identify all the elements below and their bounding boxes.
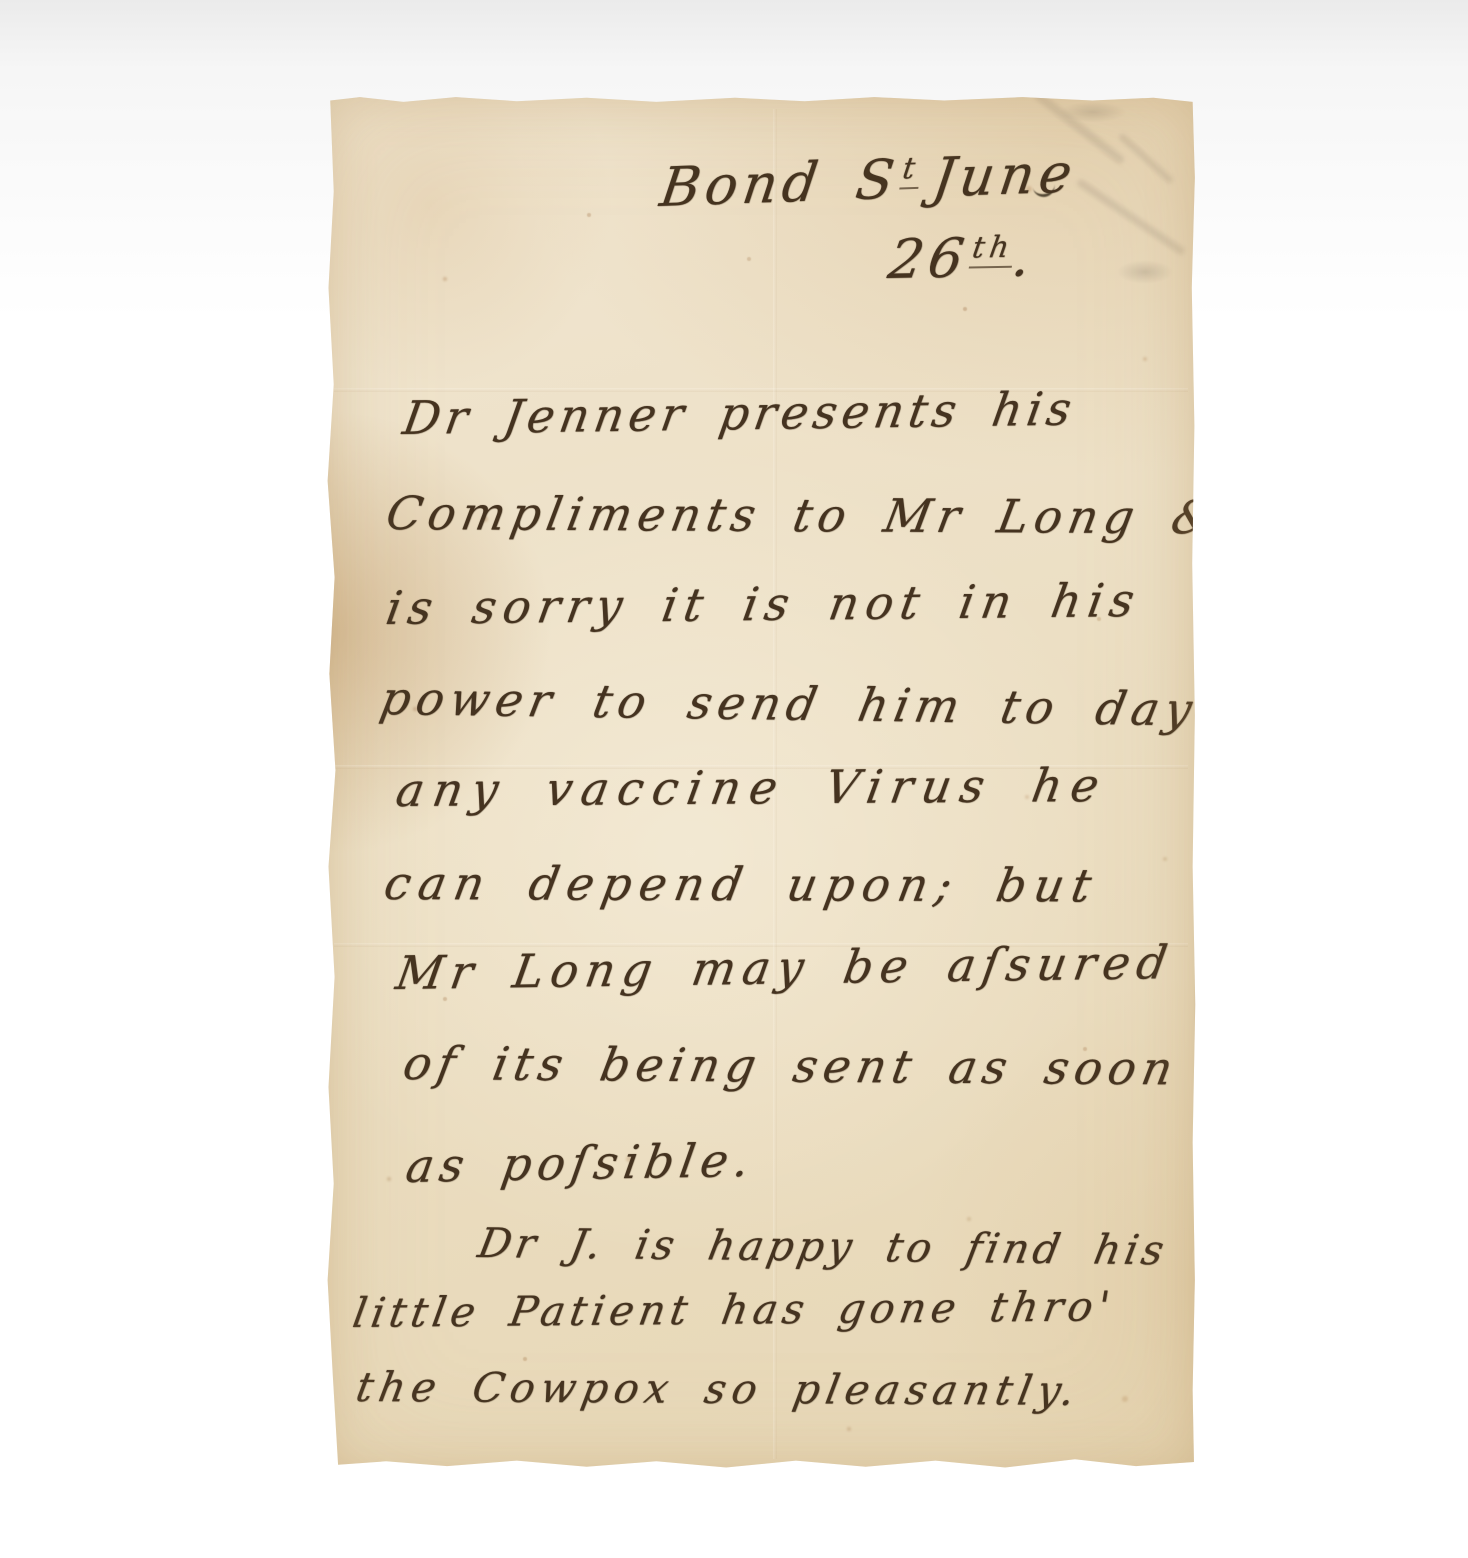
dateline-place-month: Bond StJune xyxy=(657,146,1080,215)
dateline-day: 26th. xyxy=(885,230,1040,287)
handwritten-line: as poſsible. xyxy=(403,1137,758,1189)
photo-background: { "photo": { "background_top_color": "#e… xyxy=(0,0,1468,1558)
handwritten-line: Dr J. is happy to find his xyxy=(475,1223,1171,1271)
handwritten-line: little Patient has gone thro' xyxy=(350,1286,1117,1334)
letter-paper: Bond StJune 26th. Dr Jenner presents his… xyxy=(325,95,1197,1473)
handwritten-line: any vaccine Virus he xyxy=(393,762,1111,813)
dateline-place: Bond S xyxy=(656,147,902,219)
foxing-spots xyxy=(325,95,329,99)
handwritten-line: Mr Long may be aſsured xyxy=(393,939,1177,996)
handwritten-line: Dr Jenner presents his xyxy=(400,386,1079,441)
handwritten-line: is sorry it is not in his xyxy=(383,577,1145,631)
handwritten-line: of its being sent as soon xyxy=(400,1040,1182,1091)
handwritten-line: can depend upon; but xyxy=(381,860,1103,908)
ink-showthrough-ghost xyxy=(1015,95,1197,325)
handwritten-line: power to send him to day xyxy=(377,675,1202,732)
handwritten-line: the Cowpox so pleasantly. xyxy=(353,1367,1084,1412)
dateline-place-sup: t xyxy=(899,151,923,190)
handwritten-line: Compliments to Mr Long & xyxy=(383,490,1223,540)
dateline-month: June xyxy=(929,141,1081,209)
